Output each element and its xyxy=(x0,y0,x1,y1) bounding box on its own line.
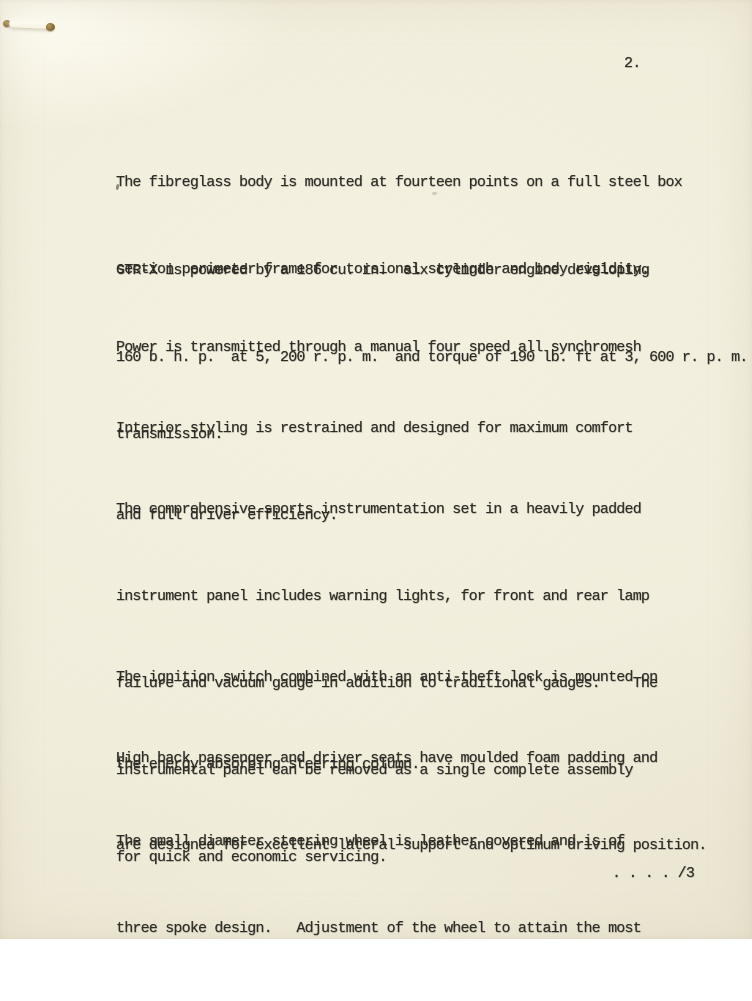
scanned-document-page: 2. The fibreglass body is mounted at fou… xyxy=(0,0,752,939)
text-line: The small diameter steering wheel is lea… xyxy=(116,827,641,856)
page-continuation-mark: . . . . /3 xyxy=(612,859,694,888)
text-line: three spoke design. Adjustment of the wh… xyxy=(116,914,641,939)
staple-end-right xyxy=(46,23,55,31)
page-number: 2. xyxy=(624,49,640,78)
paragraph-steering-wheel: The small diameter steering wheel is lea… xyxy=(116,769,641,939)
staple-bar xyxy=(9,20,50,29)
staple-mark-icon xyxy=(2,16,57,34)
text-line: The comprehensive sports instrumentation… xyxy=(116,495,657,524)
text-line: The fibreglass body is mounted at fourte… xyxy=(116,168,682,197)
